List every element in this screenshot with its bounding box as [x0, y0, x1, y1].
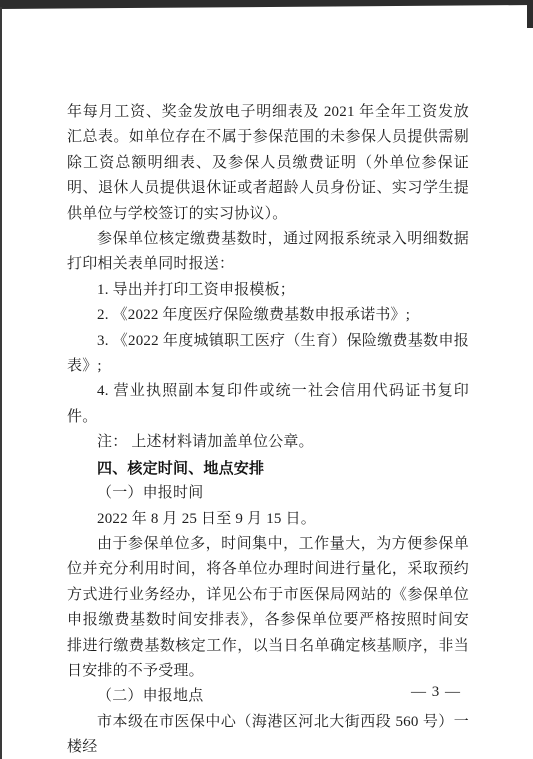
scan-top-right-edge [527, 0, 533, 28]
subsection-2-declaration-place: （二）申报地点 [67, 684, 469, 709]
location-line-medical-center: 市本级在市医保中心（海港区河北大街西段 560 号）一楼经 [67, 710, 469, 759]
scanned-document-page: 年每月工资、奖金发放电子明细表及 2021 年全年工资发放汇总表。如单位存在不属… [0, 0, 533, 759]
scan-top-edge [0, 0, 533, 10]
note-line-official-seal: 注： 上述材料请加盖单位公章。 [67, 430, 469, 455]
continued-paragraph-wage-detail: 年每月工资、奖金发放电子明细表及 2021 年全年工资发放汇总表。如单位存在不属… [67, 100, 469, 227]
section-heading-time-place: 四、核定时间、地点安排 [67, 456, 469, 481]
page-number: — 3 — [411, 684, 461, 701]
list-item-3-declaration-form: 3. 《2022 年度城镇职工医疗（生育）保险缴费基数申报表》; [67, 329, 469, 380]
document-body: 年每月工资、奖金发放电子明细表及 2021 年全年工资发放汇总表。如单位存在不属… [67, 100, 469, 759]
subsection-1-declaration-time: （一）申报时间 [67, 481, 469, 506]
scan-left-edge [0, 7, 2, 759]
paragraph-report-materials-intro: 参保单位核定缴费基数时，通过网报系统录入明细数据打印相关表单同时报送： [67, 227, 469, 278]
date-range-line: 2022 年 8 月 25 日至 9 月 15 日。 [67, 507, 469, 532]
list-item-2-commitment-letter: 2. 《2022 年度医疗保险缴费基数申报承诺书》; [67, 303, 469, 328]
list-item-1-wage-template: 1. 导出并打印工资申报模板； [67, 278, 469, 303]
paragraph-appointment-process: 由于参保单位多，时间集中，工作量大，为方便参保单位并充分利用时间，将各单位办理时… [67, 532, 469, 684]
list-item-4-license-copy: 4. 营业执照副本复印件或统一社会信用代码证书复印件。 [67, 379, 469, 430]
